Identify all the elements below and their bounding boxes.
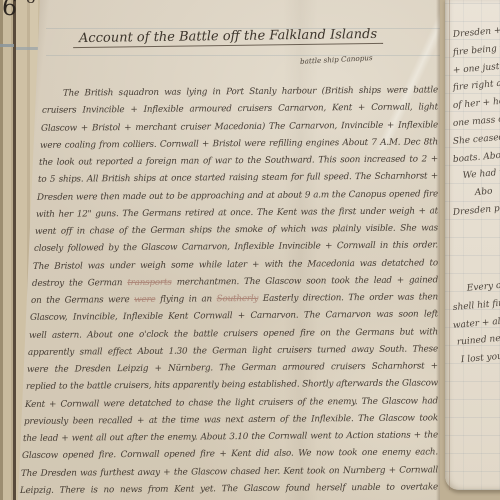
page-number: 6 [1, 0, 20, 22]
manuscript-line: Leipzig. There is no news from Kent yet.… [19, 479, 438, 500]
manuscript-title: Account of the Battle off the Falkland I… [19, 29, 438, 46]
edge-rule-mark [0, 44, 14, 47]
struck-word: transports [127, 277, 171, 287]
right-page-text-lower: Every one ashell hit firwater + alseruin… [453, 282, 500, 371]
right-page-margin-line [449, 0, 450, 490]
page-number-partial: 8 [26, 0, 36, 7]
edge-rule-mark [16, 47, 38, 50]
manuscript-photo: 6 8 Account of the Battle off the Falkla… [0, 0, 500, 500]
right-page-text-upper: Dresden + halffire being the mo+ one jus… [453, 27, 500, 223]
faint-rule-line [46, 55, 453, 56]
manuscript-text: The British squadron was lying in Port S… [19, 86, 438, 500]
struck-word: Southerly [217, 294, 259, 304]
struck-word: were [134, 295, 155, 305]
